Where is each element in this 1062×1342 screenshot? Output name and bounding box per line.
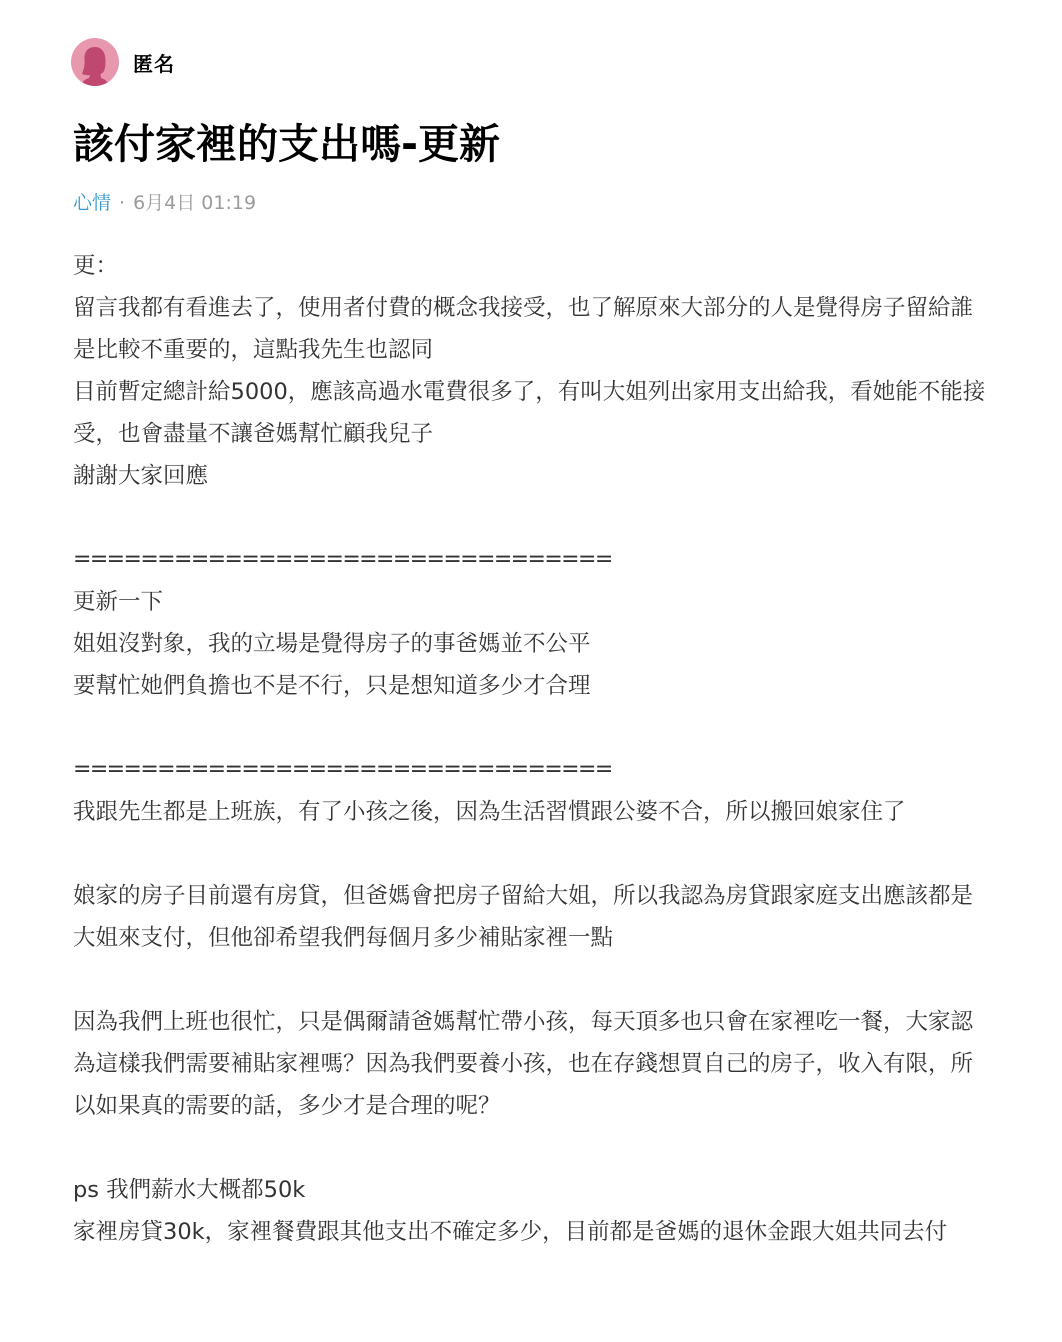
body-line: ps 我們薪水大概都50k xyxy=(73,1169,989,1211)
body-line-empty xyxy=(73,833,989,875)
post-meta: 心情·6月4日 01:19 xyxy=(73,190,256,216)
body-line: 要幫忙她們負擔也不是不行，只是想知道多少才合理 xyxy=(73,665,989,707)
body-line: 更： xyxy=(73,245,989,287)
post-title: 該付家裡的支出嗎-更新 xyxy=(73,116,500,172)
body-line: 家裡房貸30k，家裡餐費跟其他支出不確定多少，目前都是爸媽的退休金跟大姐共同去付 xyxy=(73,1211,989,1253)
body-line-empty xyxy=(73,959,989,1001)
author-name[interactable]: 匿名 xyxy=(133,48,175,77)
body-line: 謝謝大家回應 xyxy=(73,455,989,497)
body-line: 姐姐沒對象，我的立場是覺得房子的事爸媽並不公平 xyxy=(73,623,989,665)
anonymous-female-silhouette-icon xyxy=(71,38,119,86)
body-line: 目前暫定總計給5000，應該高過水電費很多了，有叫大姐列出家用支出給我，看她能不… xyxy=(73,371,989,455)
body-line: 娘家的房子目前還有房貸，但爸媽會把房子留給大姐，所以我認為房貸跟家庭支出應該都是… xyxy=(73,875,989,959)
body-line-empty xyxy=(73,1127,989,1169)
meta-separator: · xyxy=(119,192,125,214)
avatar[interactable] xyxy=(71,38,119,86)
author-row[interactable]: 匿名 xyxy=(71,38,175,86)
separator-rule: ================================ xyxy=(73,539,989,581)
body-line: 留言我都有看進去了，使用者付費的概念我接受，也了解原來大部分的人是覺得房子留給誰… xyxy=(73,287,989,371)
body-line-empty xyxy=(73,707,989,749)
post-body: 更： 留言我都有看進去了，使用者付費的概念我接受，也了解原來大部分的人是覺得房子… xyxy=(73,245,989,1253)
body-line: 我跟先生都是上班族，有了小孩之後，因為生活習慣跟公婆不合，所以搬回娘家住了 xyxy=(73,791,989,833)
separator-rule: ================================ xyxy=(73,749,989,791)
body-line: 因為我們上班也很忙，只是偶爾請爸媽幫忙帶小孩，每天頂多也只會在家裡吃一餐，大家認… xyxy=(73,1001,989,1127)
post-datetime: 6月4日 01:19 xyxy=(133,192,256,214)
body-line: 更新一下 xyxy=(73,581,989,623)
body-line-empty xyxy=(73,497,989,539)
category-link[interactable]: 心情 xyxy=(73,192,111,214)
